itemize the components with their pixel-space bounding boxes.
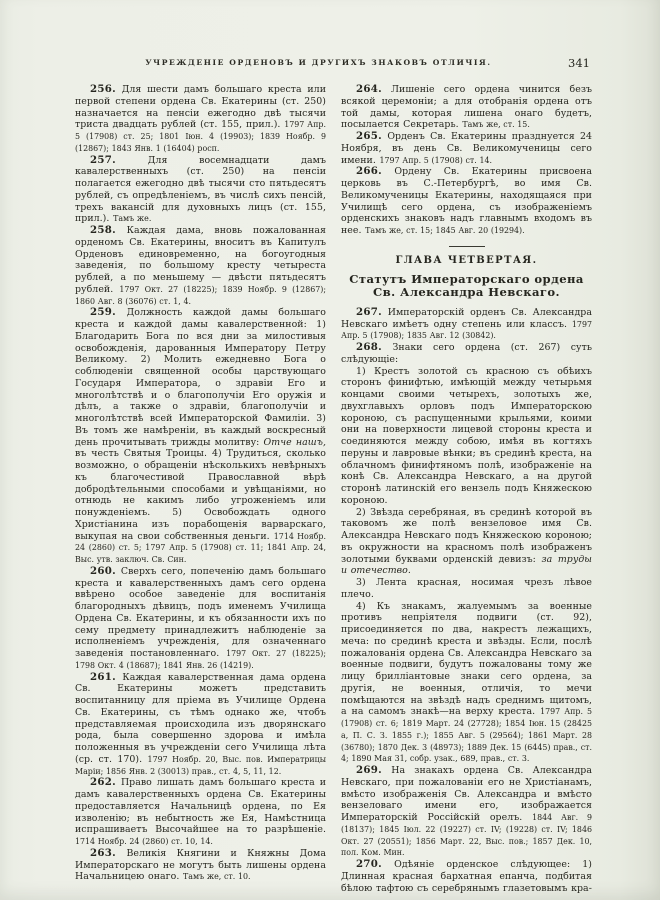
chapter-heading: ГЛАВА ЧЕТВЕРТАЯ. [341, 255, 592, 266]
section-266: 266. Ордену Св. Екатерины присвоена церк… [341, 166, 592, 237]
section-268-intro: 268. Знаки сего ордена (ст. 267) суть сл… [341, 342, 592, 366]
section-258-number: 258. [90, 224, 116, 236]
section-269-number: 269. [356, 764, 382, 776]
section-265-number: 265. [356, 130, 382, 142]
section-264: 264. Лишеніе сего ордена чинится безъ вс… [341, 84, 592, 131]
section-262-citation: 1714 Ноябр. 24 (2860) ст. 10, 14. [75, 837, 213, 846]
section-269: 269. На знакахъ ордена Св. Александра Не… [341, 765, 592, 859]
section-267-number: 267. [356, 306, 382, 318]
section-267: 267. Императорскій орденъ Св. Александра… [341, 307, 592, 342]
section-divider-rule [449, 246, 485, 247]
running-header: УЧРЕЖДЕНІЕ ОРДЕНОВЪ И ДРУГИХЪ ЗНАКОВЪ ОТ… [75, 58, 562, 67]
section-262-number: 262. [90, 776, 116, 788]
section-256: 256. Для шести дамъ большаго креста или … [75, 84, 326, 155]
section-268-item-4-text: 4) Къ знакамъ, жалуемымъ за военные прот… [341, 601, 592, 718]
section-259-prayer-name: Отче нашъ, [264, 437, 326, 448]
page-number: 341 [568, 56, 590, 70]
section-266-number: 266. [356, 165, 382, 177]
section-264-number: 264. [356, 83, 382, 95]
section-257: 257. Для восемнадцати дамъ кавалерственн… [75, 155, 326, 226]
section-262: 262. Право лишать дамъ большаго креста и… [75, 777, 326, 848]
section-265-citation: 1797 Апр. 5 (17908) ст. 14. [380, 156, 493, 165]
page-content: УЧРЕЖДЕНІЕ ОРДЕНОВЪ И ДРУГИХЪ ЗНАКОВЪ ОТ… [75, 56, 592, 894]
section-268-item-3: 3) Лента красная, носимая чрезъ лѣвое пл… [341, 577, 592, 601]
section-258: 258. Каждая дама, вновь пожалованная орд… [75, 225, 326, 307]
section-259-number: 259. [90, 306, 116, 318]
two-column-layout: 256. Для шести дамъ большаго креста или … [75, 84, 592, 894]
section-258-citation: 1797 Окт. 27 (18225); 1839 Ноябр. 9 (128… [75, 285, 326, 306]
chapter-subheading: Статутъ Императорскаго ордена Св. Алекса… [341, 273, 592, 300]
section-268-item-2: 2) Звѣзда серебряная, въ срединѣ которой… [341, 507, 592, 578]
section-264-citation: Тамъ же, ст. 15. [462, 120, 530, 129]
section-263: 263. Великія Княгини и Княжны Дома Импер… [75, 848, 326, 883]
section-263-number: 263. [90, 847, 116, 859]
section-261-text: Каждая кавалерственная дама ордена Св. Е… [75, 672, 326, 765]
section-261-number: 261. [90, 671, 116, 683]
section-268-number: 268. [356, 341, 382, 353]
section-257-citation: Тамъ же. [113, 214, 151, 223]
chapter-subheading-line2: Св. Александра Невскаго. [373, 285, 560, 299]
left-column: 256. Для шести дамъ большаго креста или … [75, 84, 326, 894]
scanned-book-page: УЧРЕЖДЕНІЕ ОРДЕНОВЪ И ДРУГИХЪ ЗНАКОВЪ ОТ… [0, 0, 660, 900]
section-266-citation: Тамъ же, ст. 15; 1845 Авг. 20 (19294). [365, 226, 524, 235]
section-260-number: 260. [90, 565, 116, 577]
section-265: 265. Орденъ Св. Екатерины празднуется 24… [341, 131, 592, 166]
right-column: 264. Лишеніе сего ордена чинится безъ вс… [341, 84, 592, 894]
chapter-subheading-line1: Статутъ Императорскаго ордена [349, 272, 584, 286]
section-260-text: Сверхъ сего, попеченію дамъ большаго кре… [75, 566, 326, 659]
section-256-number: 256. [90, 83, 116, 95]
section-257-number: 257. [90, 154, 116, 166]
page-header: УЧРЕЖДЕНІЕ ОРДЕНОВЪ И ДРУГИХЪ ЗНАКОВЪ ОТ… [75, 56, 592, 72]
section-261: 261. Каждая кавалерственная дама ордена … [75, 672, 326, 778]
section-259-text-b: въ честь Святыя Троицы. 4) Трудиться, ск… [75, 448, 326, 541]
section-263-citation: Тамъ же, ст. 10. [183, 872, 251, 881]
section-268-item-1: 1) Крестъ золотой съ красною съ обѣихъ с… [341, 366, 592, 507]
section-268-item-4: 4) Къ знакамъ, жалуемымъ за военные прот… [341, 601, 592, 766]
section-259-text-a: Должность каждой дамы большаго креста и … [75, 307, 326, 447]
section-260: 260. Сверхъ сего, попеченію дамъ большаг… [75, 566, 326, 672]
section-259: 259. Должность каждой дамы большаго крес… [75, 307, 326, 566]
section-270-number: 270. [356, 858, 382, 870]
section-270: 270. Одѣяніе орденское слѣдующее: 1) Дли… [341, 859, 592, 894]
